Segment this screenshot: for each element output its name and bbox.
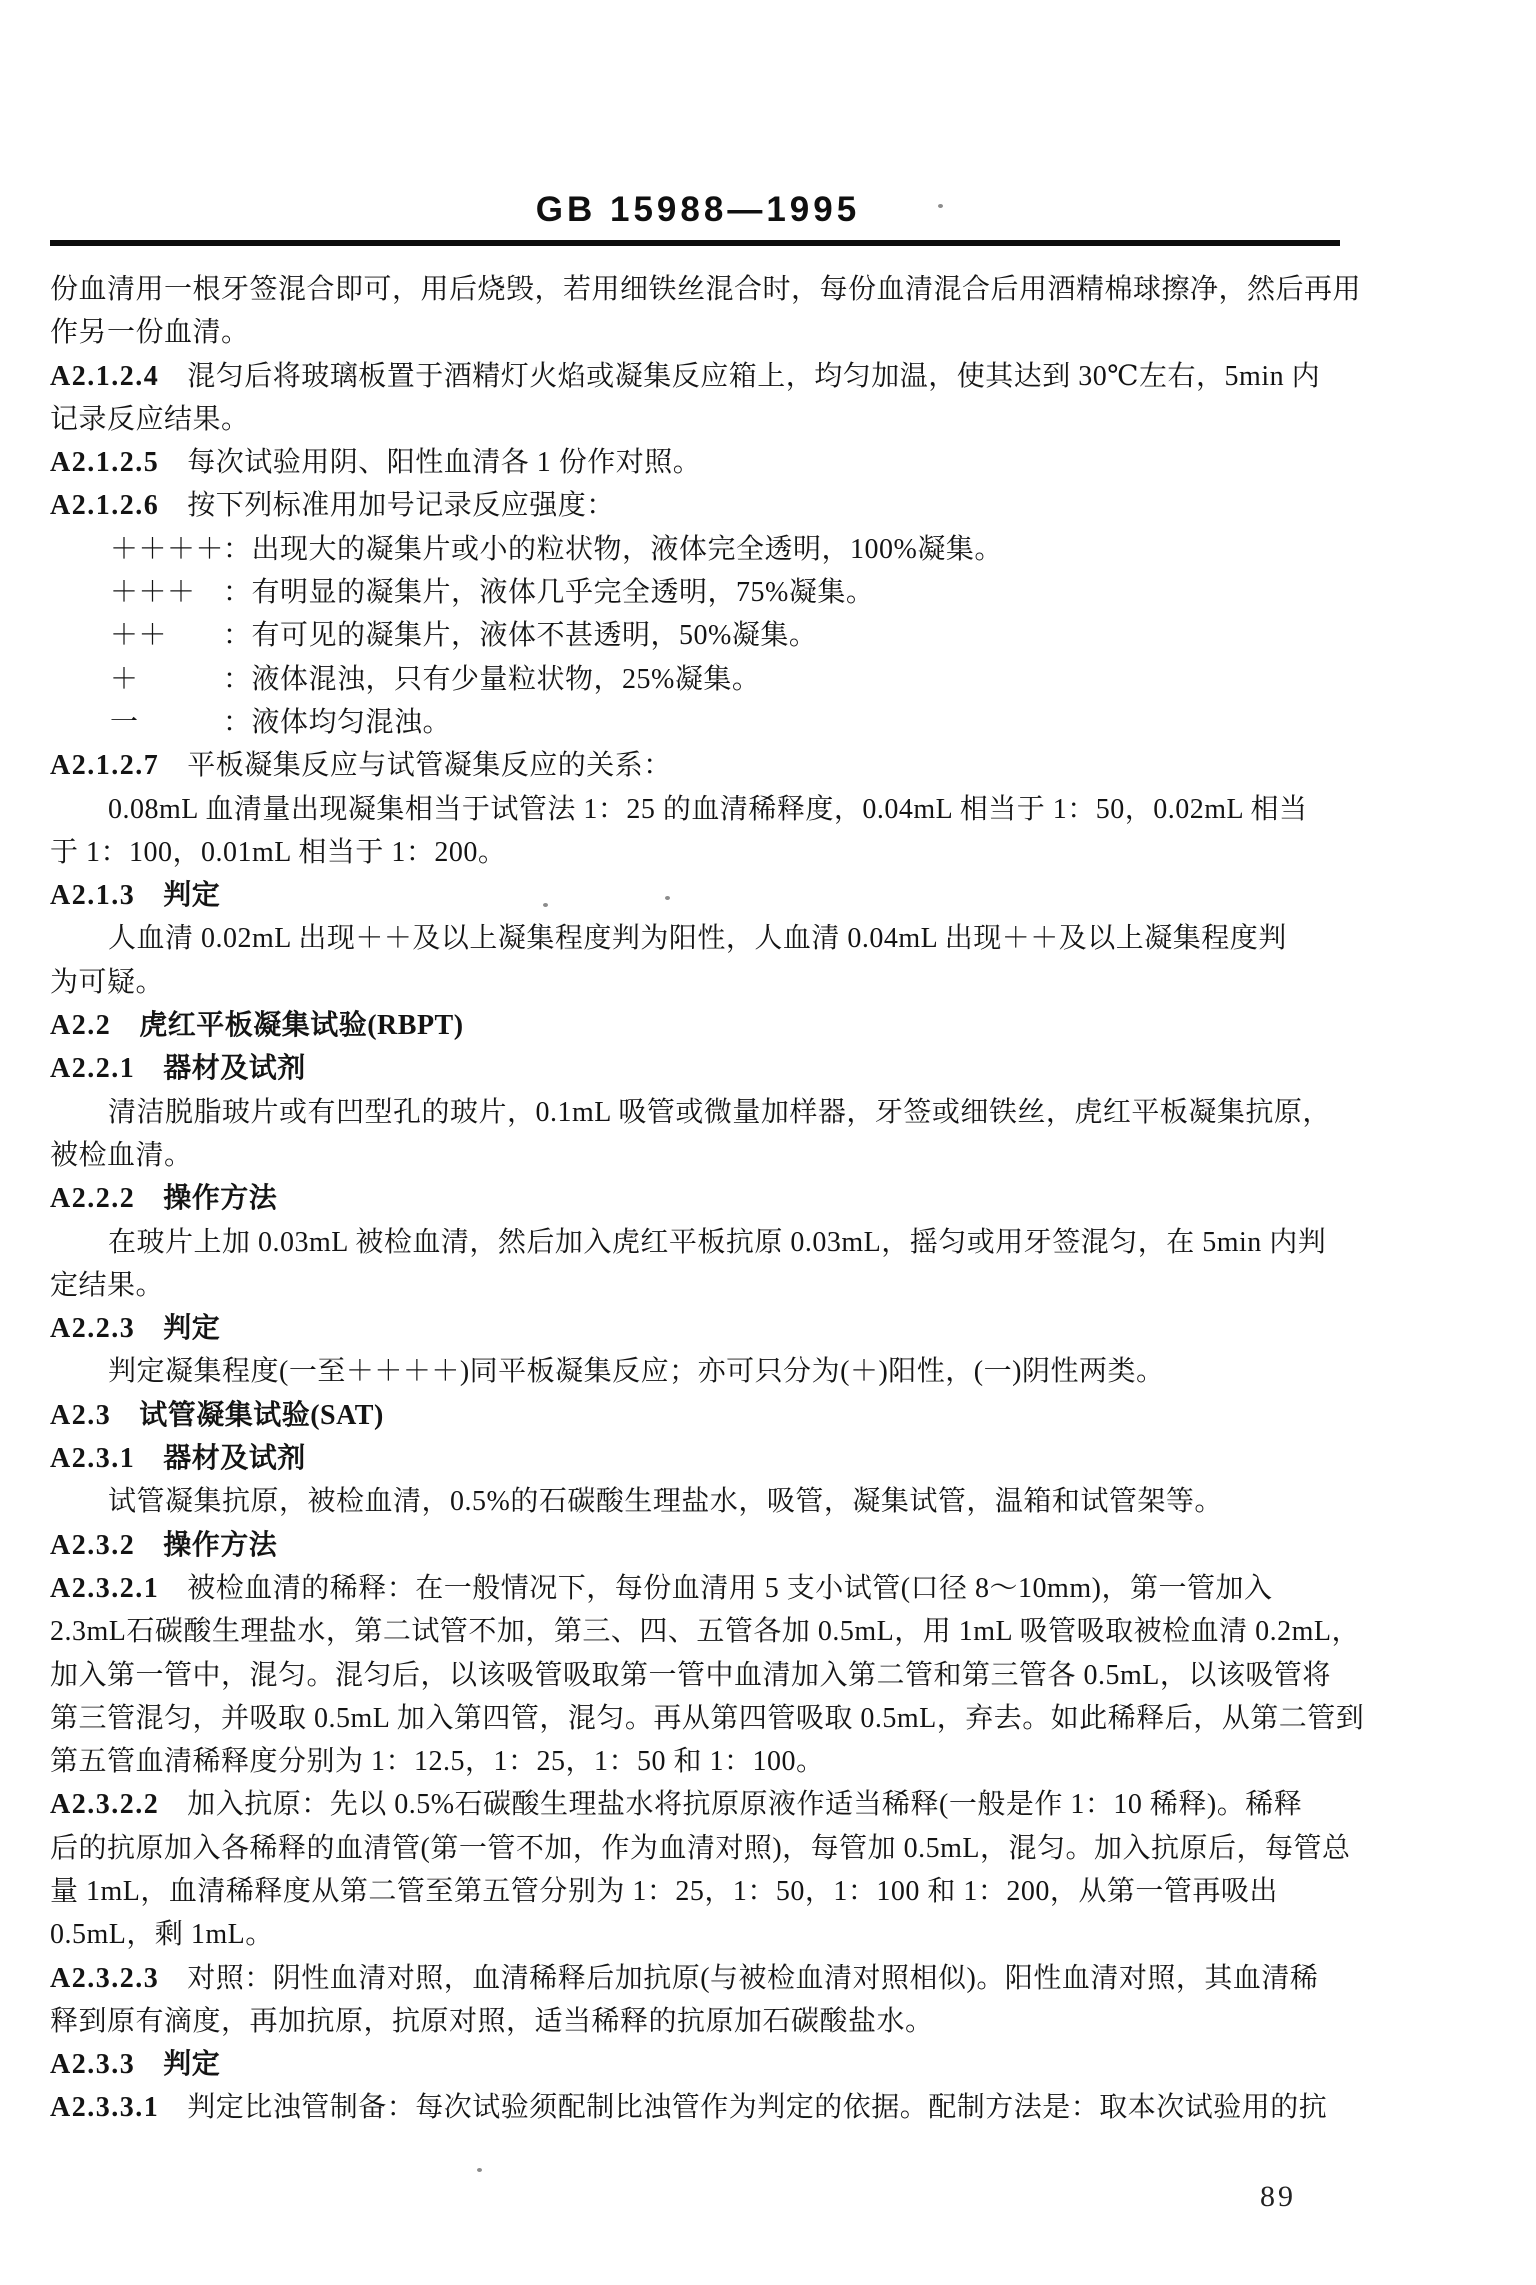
agglutination-grade-symbol: ＋＋＋＋ — [110, 528, 223, 571]
body-text: ：出现大的凝集片或小的粒状物，液体完全透明，100%凝集。 — [223, 534, 1003, 565]
clause-number: A2.1.2.5 — [50, 447, 159, 478]
body-text: 2.3mL石碳酸生理盐水，第二试管不加，第三、四、五管各加 0.5mL，用 1m… — [50, 1616, 1360, 1647]
clause-title: 判定 — [163, 880, 220, 911]
scan-speck — [665, 896, 670, 900]
text-line: 后的抗原加入各稀释的血清管(第一管不加，作为血清对照)，每管加 0.5mL，混匀… — [50, 1827, 1350, 1870]
body-text: 按下列标准用加号记录反应强度： — [187, 490, 615, 521]
body-text: 加入第一管中，混匀。混匀后，以该吸管吸取第一管中血清加入第二管和第三管各 0.5… — [50, 1660, 1331, 1691]
body-text: 0.5mL，剩 1mL。 — [50, 1919, 274, 1950]
text-line: A2.3.2.3对照：阴性血清对照，血清稀释后加抗原(与被检血清对照相似)。阳性… — [50, 1957, 1350, 2000]
clause-title: 操作方法 — [163, 1183, 277, 1214]
text-line: 为可疑。 — [50, 961, 1350, 1004]
body-text: 加入抗原：先以 0.5%石碳酸生理盐水将抗原原液作适当稀释(一般是作 1：10 … — [187, 1789, 1302, 1820]
body-text: 释到原有滴度，再加抗原，抗原对照，适当稀释的抗原加石碳酸盐水。 — [50, 2006, 934, 2037]
body-text: 判定比浊管制备：每次试验须配制比浊管作为判定的依据。配制方法是：取本次试验用的抗 — [187, 2092, 1327, 2123]
clause-number: A2.1.2.7 — [50, 750, 159, 781]
text-line: 份血清用一根牙签混合即可，用后烧毁，若用细铁丝混合时，每份血清混合后用酒精棉球擦… — [50, 268, 1350, 311]
body-text: 作另一份血清。 — [50, 317, 250, 348]
standard-number-header: GB 15988—1995 — [0, 190, 1396, 230]
text-line: 第五管血清稀释度分别为 1：12.5，1：25，1：50 和 1：100。 — [50, 1740, 1350, 1783]
body-text: 清洁脱脂玻片或有凹型孔的玻片，0.1mL 吸管或微量加样器，牙签或细铁丝，虎红平… — [108, 1097, 1331, 1128]
clause-number: A2.3.2.1 — [50, 1573, 159, 1604]
clause-number: A2.2.2 — [50, 1183, 135, 1214]
clause-number: A2.3 — [50, 1400, 111, 1431]
clause-number: A2.3.3.1 — [50, 2092, 159, 2123]
clause-number: A2.3.2 — [50, 1530, 135, 1561]
text-line: A2.3.2.1被检血清的稀释：在一般情况下，每份血清用 5 支小试管(口径 8… — [50, 1567, 1350, 1610]
body-text: 0.08mL 血清量出现凝集相当于试管法 1：25 的血清稀释度，0.04mL … — [108, 794, 1308, 825]
body-text: 量 1mL，血清稀释度从第二管至第五管分别为 1：25，1：50，1：100 和… — [50, 1876, 1278, 1907]
clause-number: A2.3.2.2 — [50, 1789, 159, 1820]
clause-title: 判定 — [163, 1313, 220, 1344]
text-line: A2.1.3判定 — [50, 874, 1350, 917]
clause-number: A2.2.3 — [50, 1313, 135, 1344]
text-line: 释到原有滴度，再加抗原，抗原对照，适当稀释的抗原加石碳酸盐水。 — [50, 2000, 1350, 2043]
text-line: A2.2虎红平板凝集试验(RBPT) — [50, 1004, 1350, 1047]
clause-number: A2.2.1 — [50, 1053, 135, 1084]
clause-title: 判定 — [163, 2049, 220, 2080]
text-line: 量 1mL，血清稀释度从第二管至第五管分别为 1：25，1：50，1：100 和… — [50, 1870, 1350, 1913]
page-number: 89 — [1260, 2180, 1296, 2214]
clause-title: 器材及试剂 — [163, 1053, 306, 1084]
agglutination-grade-symbol: ＋＋＋ — [110, 571, 223, 614]
body-text: 后的抗原加入各稀释的血清管(第一管不加，作为血清对照)，每管加 0.5mL，混匀… — [50, 1833, 1351, 1864]
text-line: ＋＋＋：有明显的凝集片，液体几乎完全透明，75%凝集。 — [50, 571, 1350, 614]
text-line: 清洁脱脂玻片或有凹型孔的玻片，0.1mL 吸管或微量加样器，牙签或细铁丝，虎红平… — [50, 1091, 1350, 1134]
text-line: 2.3mL石碳酸生理盐水，第二试管不加，第三、四、五管各加 0.5mL，用 1m… — [50, 1610, 1350, 1653]
text-line: 0.5mL，剩 1mL。 — [50, 1913, 1350, 1956]
scan-speck — [543, 903, 548, 907]
text-line: 作另一份血清。 — [50, 311, 1350, 354]
body-text: 为可疑。 — [50, 967, 164, 998]
body-text: ：液体均匀混浊。 — [223, 707, 451, 738]
clause-number: A2.1.2.4 — [50, 361, 159, 392]
body-text: ：液体混浊，只有少量粒状物，25%凝集。 — [223, 664, 760, 695]
body-text: 被检血清。 — [50, 1140, 193, 1171]
text-line: 加入第一管中，混匀。混匀后，以该吸管吸取第一管中血清加入第二管和第三管各 0.5… — [50, 1654, 1350, 1697]
text-line: 在玻片上加 0.03mL 被检血清，然后加入虎红平板抗原 0.03mL，摇匀或用… — [50, 1221, 1350, 1264]
text-line: 试管凝集抗原，被检血清，0.5%的石碳酸生理盐水，吸管，凝集试管，温箱和试管架等… — [50, 1480, 1350, 1523]
body-text: 于 1：100，0.01mL 相当于 1：200。 — [50, 837, 506, 868]
body-text: 份血清用一根牙签混合即可，用后烧毁，若用细铁丝混合时，每份血清混合后用酒精棉球擦… — [50, 274, 1361, 305]
body-text: 被检血清的稀释：在一般情况下，每份血清用 5 支小试管(口径 8～10mm)，第… — [187, 1573, 1272, 1604]
clause-number: A2.1.2.6 — [50, 490, 159, 521]
text-line: 人血清 0.02mL 出现＋＋及以上凝集程度判为阳性，人血清 0.04mL 出现… — [50, 917, 1350, 960]
scan-speck — [938, 204, 943, 208]
document-lines: 份血清用一根牙签混合即可，用后烧毁，若用细铁丝混合时，每份血清混合后用酒精棉球擦… — [50, 268, 1350, 2130]
text-line: A2.1.2.5每次试验用阴、阳性血清各 1 份作对照。 — [50, 441, 1350, 484]
body-text: 对照：阴性血清对照，血清稀释后加抗原(与被检血清对照相似)。阳性血清对照，其血清… — [187, 1963, 1318, 1994]
text-line: 定结果。 — [50, 1264, 1350, 1307]
body-text: 每次试验用阴、阳性血清各 1 份作对照。 — [187, 447, 701, 478]
text-line: A2.3试管凝集试验(SAT) — [50, 1394, 1350, 1437]
text-line: 被检血清。 — [50, 1134, 1350, 1177]
clause-number: A2.2 — [50, 1010, 111, 1041]
agglutination-grade-symbol: ＋＋ — [110, 614, 223, 657]
text-line: A2.3.1器材及试剂 — [50, 1437, 1350, 1480]
body-text: 试管凝集抗原，被检血清，0.5%的石碳酸生理盐水，吸管，凝集试管，温箱和试管架等… — [108, 1486, 1223, 1517]
text-line: 0.08mL 血清量出现凝集相当于试管法 1：25 的血清稀释度，0.04mL … — [50, 788, 1350, 831]
body-text: 人血清 0.02mL 出现＋＋及以上凝集程度判为阳性，人血清 0.04mL 出现… — [108, 923, 1287, 954]
body-text: 第三管混匀，并吸取 0.5mL 加入第四管，混匀。再从第四管吸取 0.5mL，弃… — [50, 1703, 1364, 1734]
text-line: 一：液体均匀混浊。 — [50, 701, 1350, 744]
header-divider-rule — [50, 240, 1340, 246]
agglutination-grade-symbol: 一 — [110, 701, 223, 744]
text-line: A2.3.2.2加入抗原：先以 0.5%石碳酸生理盐水将抗原原液作适当稀释(一般… — [50, 1783, 1350, 1826]
body-text: 判定凝集程度(一至＋＋＋＋)同平板凝集反应；亦可只分为(＋)阳性，(一)阴性两类… — [108, 1356, 1164, 1387]
clause-number: A2.3.2.3 — [50, 1963, 159, 1994]
text-line: A2.1.2.6按下列标准用加号记录反应强度： — [50, 484, 1350, 527]
text-line: 于 1：100，0.01mL 相当于 1：200。 — [50, 831, 1350, 874]
clause-number: A2.1.3 — [50, 880, 135, 911]
text-line: 判定凝集程度(一至＋＋＋＋)同平板凝集反应；亦可只分为(＋)阳性，(一)阴性两类… — [50, 1350, 1350, 1393]
body-text: 记录反应结果。 — [50, 404, 250, 435]
text-line: A2.1.2.4混匀后将玻璃板置于酒精灯火焰或凝集反应箱上，均匀加温，使其达到 … — [50, 355, 1350, 398]
body-text: 第五管血清稀释度分别为 1：12.5，1：25，1：50 和 1：100。 — [50, 1746, 825, 1777]
scan-speck — [477, 2168, 482, 2172]
clause-number: A2.3.1 — [50, 1443, 135, 1474]
body-text: ：有明显的凝集片，液体几乎完全透明，75%凝集。 — [223, 577, 874, 608]
text-line: A2.3.3判定 — [50, 2043, 1350, 2086]
text-line: A2.1.2.7平板凝集反应与试管凝集反应的关系： — [50, 744, 1350, 787]
clause-title: 虎红平板凝集试验(RBPT) — [139, 1010, 463, 1041]
body-text: ：有可见的凝集片，液体不甚透明，50%凝集。 — [223, 620, 817, 651]
clause-title: 试管凝集试验(SAT) — [139, 1400, 384, 1431]
text-line: A2.3.3.1判定比浊管制备：每次试验须配制比浊管作为判定的依据。配制方法是：… — [50, 2086, 1350, 2129]
text-line: ＋＋：有可见的凝集片，液体不甚透明，50%凝集。 — [50, 614, 1350, 657]
text-line: 第三管混匀，并吸取 0.5mL 加入第四管，混匀。再从第四管吸取 0.5mL，弃… — [50, 1697, 1350, 1740]
text-line: ＋：液体混浊，只有少量粒状物，25%凝集。 — [50, 658, 1350, 701]
text-line: ＋＋＋＋：出现大的凝集片或小的粒状物，液体完全透明，100%凝集。 — [50, 528, 1350, 571]
text-line: A2.2.3判定 — [50, 1307, 1350, 1350]
text-line: A2.3.2操作方法 — [50, 1524, 1350, 1567]
body-text: 定结果。 — [50, 1270, 164, 1301]
text-line: A2.2.1器材及试剂 — [50, 1047, 1350, 1090]
scanned-document-page: GB 15988—1995 份血清用一根牙签混合即可，用后烧毁，若用细铁丝混合时… — [0, 0, 1536, 2285]
clause-number: A2.3.3 — [50, 2049, 135, 2080]
clause-title: 操作方法 — [163, 1530, 277, 1561]
body-text: 平板凝集反应与试管凝集反应的关系： — [187, 750, 672, 781]
body-text: 混匀后将玻璃板置于酒精灯火焰或凝集反应箱上，均匀加温，使其达到 30℃左右，5m… — [187, 361, 1320, 392]
agglutination-grade-symbol: ＋ — [110, 658, 223, 701]
text-line: 记录反应结果。 — [50, 398, 1350, 441]
text-line: A2.2.2操作方法 — [50, 1177, 1350, 1220]
body-text: 在玻片上加 0.03mL 被检血清，然后加入虎红平板抗原 0.03mL，摇匀或用… — [108, 1227, 1326, 1258]
clause-title: 器材及试剂 — [163, 1443, 306, 1474]
